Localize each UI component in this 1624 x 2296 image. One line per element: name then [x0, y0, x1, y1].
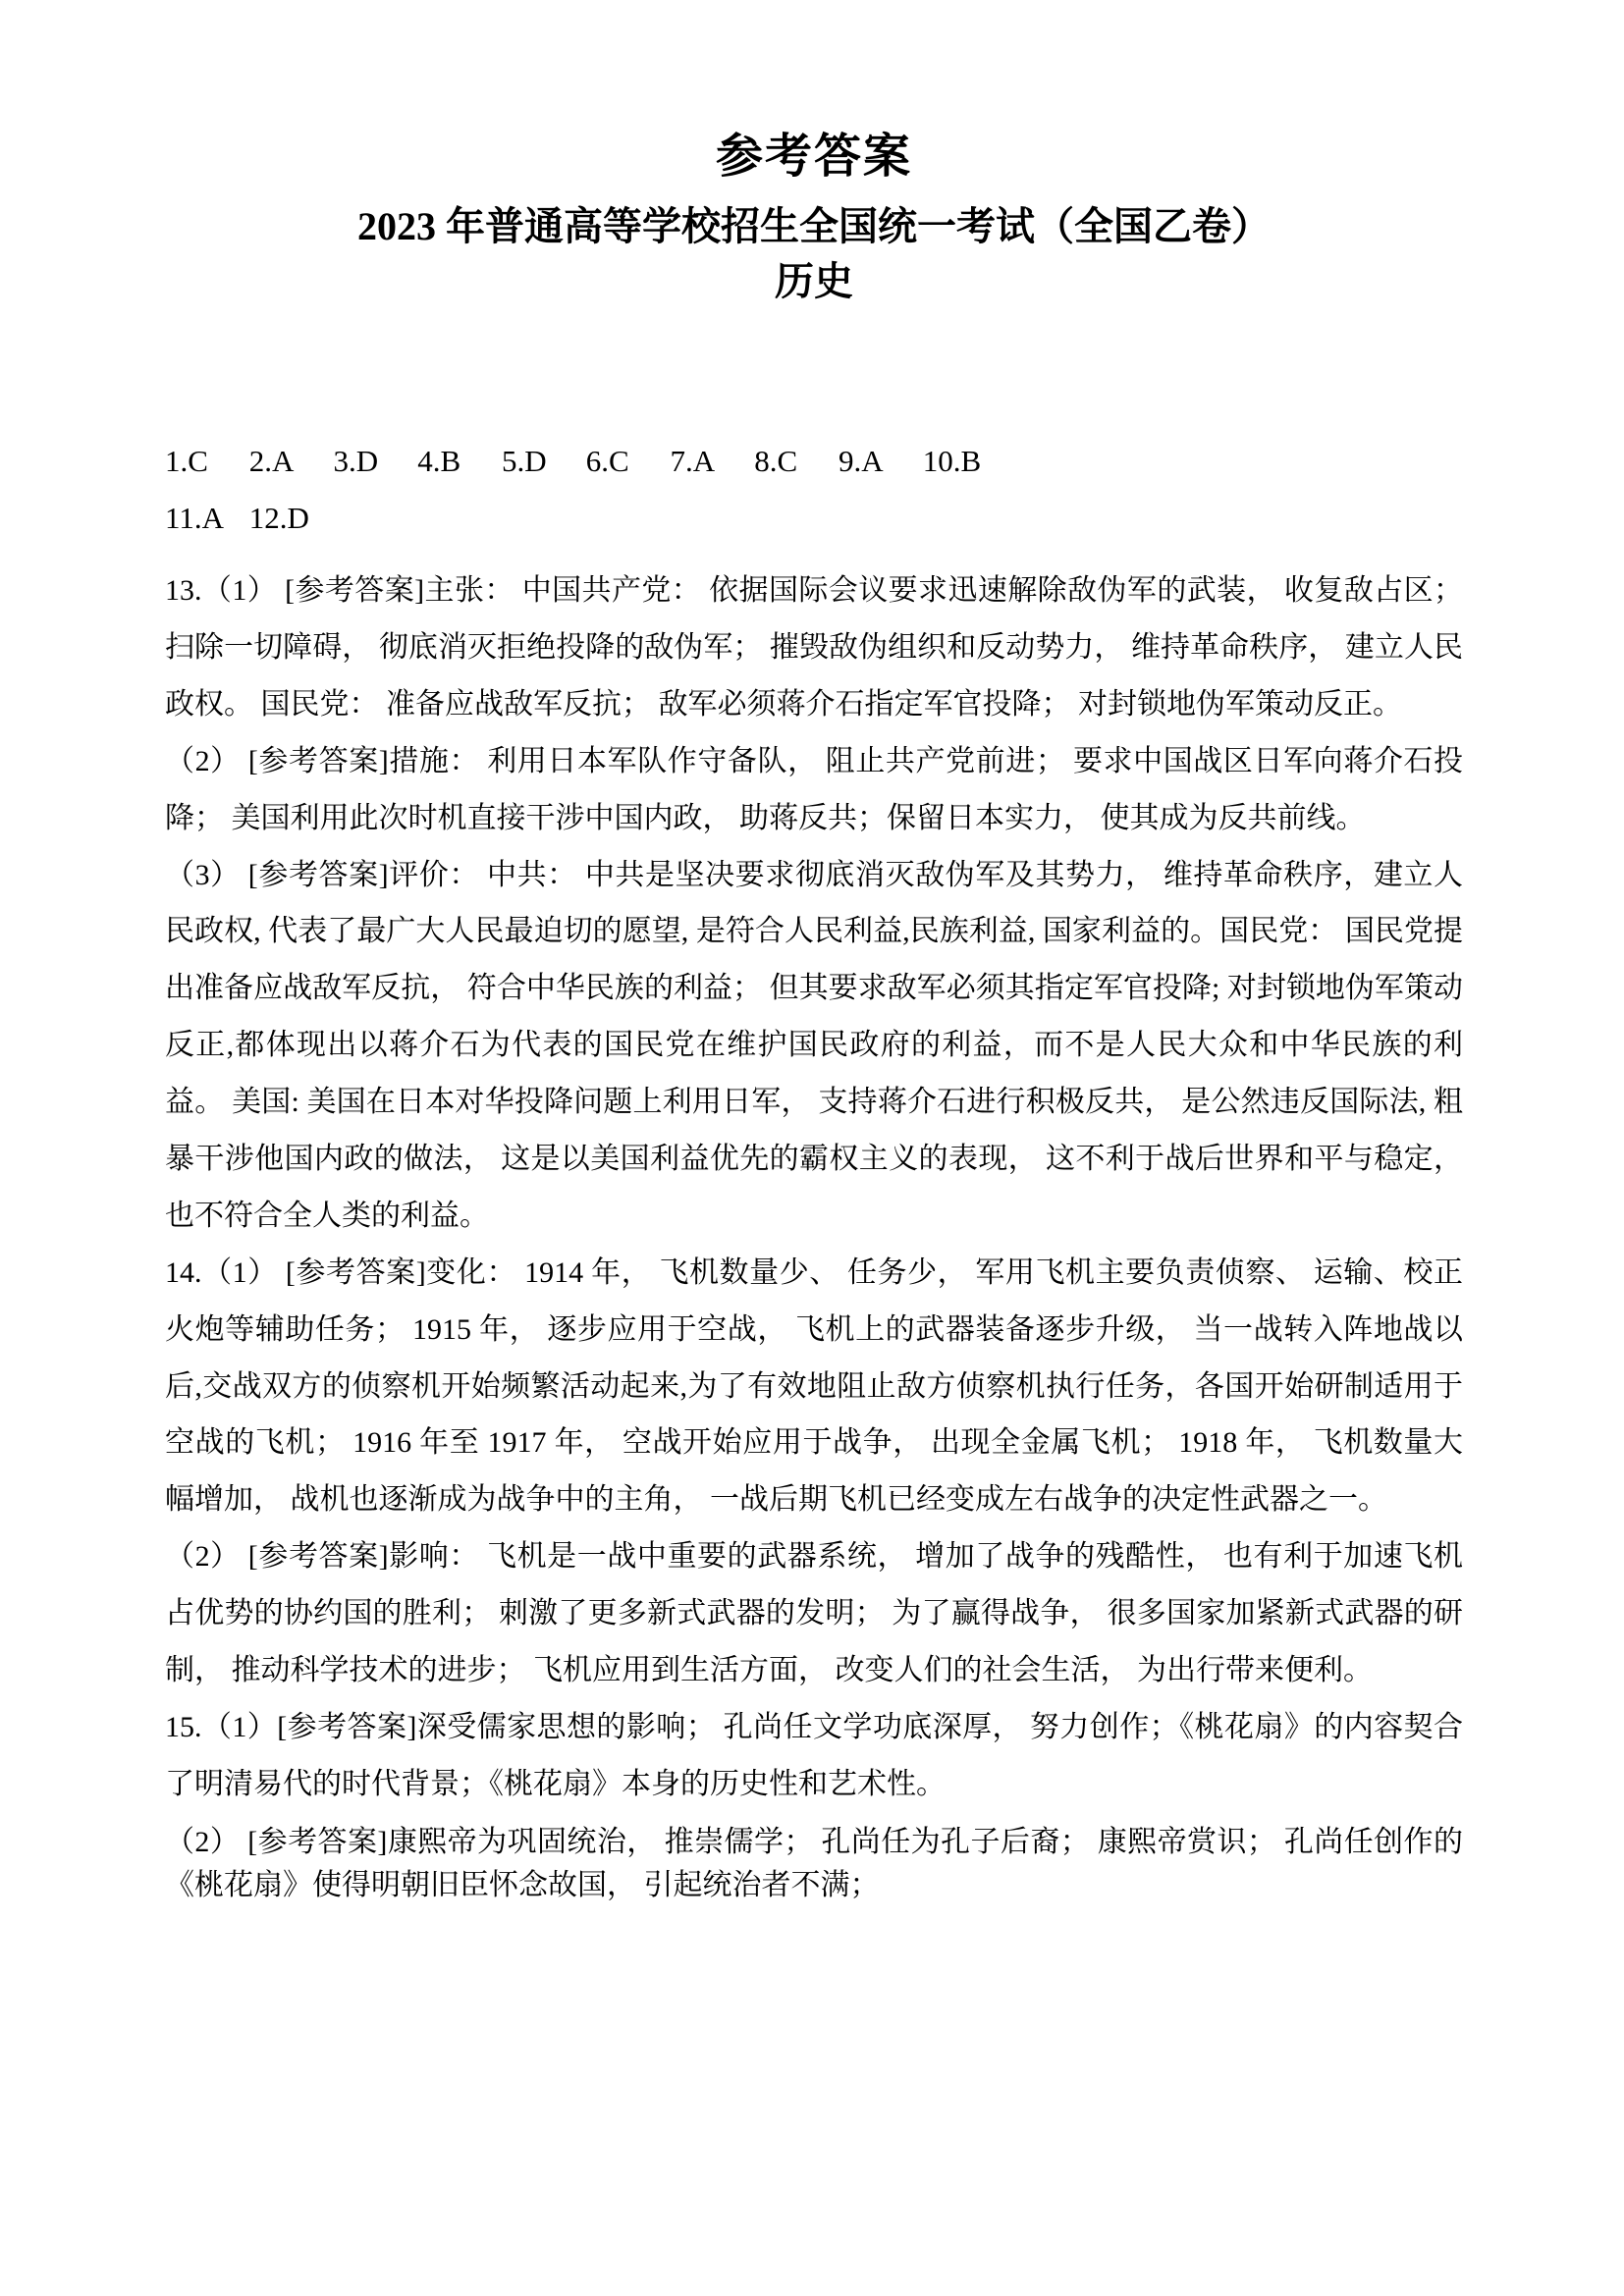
answer-item: 11.A [165, 490, 242, 547]
answer-item: 12.D [249, 490, 326, 547]
answer-paragraph-14-2: （2） [参考答案]影响： 飞机是一战中重要的武器系统， 增加了战争的残酷性， … [165, 1528, 1463, 1699]
choice-answers-row-2: 11.A 12.D [165, 490, 1463, 547]
answer-item: 9.A [839, 433, 915, 490]
choice-answers-row-1: 1.C 2.A 3.D 4.B 5.D 6.C 7.A 8.C 9.A 10.B [165, 433, 1463, 490]
subject-title: 历史 [165, 258, 1463, 305]
page-title: 参考答案 [165, 130, 1463, 184]
answer-paragraph-13-1: 13.（1） [参考答案]主张： 中国共产党： 依据国际会议要求迅速解除敌伪军的… [165, 562, 1463, 733]
answer-item: 8.C [754, 433, 831, 490]
answer-item: 7.A [671, 433, 747, 490]
answer-paragraph-13-3: （3） [参考答案]评价： 中共： 中共是坚决要求彻底消灭敌伪军及其势力， 维持… [165, 847, 1463, 1245]
answer-item: 4.B [417, 433, 494, 490]
answer-item: 5.D [502, 433, 578, 490]
answer-paragraph-15-1: 15.（1）[参考答案]深受儒家思想的影响； 孔尚任文学功底深厚， 努力创作；《… [165, 1699, 1463, 1813]
exam-title: 2023 年普通高等学校招生全国统一考试（全国乙卷） [165, 203, 1463, 250]
answer-item: 2.A [249, 433, 326, 490]
answer-item: 6.C [586, 433, 663, 490]
answer-item: 10.B [923, 433, 1000, 490]
answer-item: 1.C [165, 433, 242, 490]
answer-paragraph-14-1: 14.（1） [参考答案]变化： 1914 年， 飞机数量少、 任务少， 军用飞… [165, 1245, 1463, 1528]
answer-paragraph-13-2: （2） [参考答案]措施： 利用日本军队作守备队， 阻止共产党前进； 要求中国战… [165, 733, 1463, 847]
document-page: 参考答案 2023 年普通高等学校招生全国统一考试（全国乙卷） 历史 1.C 2… [0, 0, 1624, 2296]
document-content: 参考答案 2023 年普通高等学校招生全国统一考试（全国乙卷） 历史 1.C 2… [0, 0, 1624, 1907]
answer-paragraph-15-2: （2） [参考答案]康熙帝为巩固统治， 推崇儒学； 孔尚任为孔子后裔； 康熙帝赏… [165, 1821, 1463, 1907]
answer-item: 3.D [334, 433, 410, 490]
answer-paragraphs: 13.（1） [参考答案]主张： 中国共产党： 依据国际会议要求迅速解除敌伪军的… [165, 562, 1463, 1907]
